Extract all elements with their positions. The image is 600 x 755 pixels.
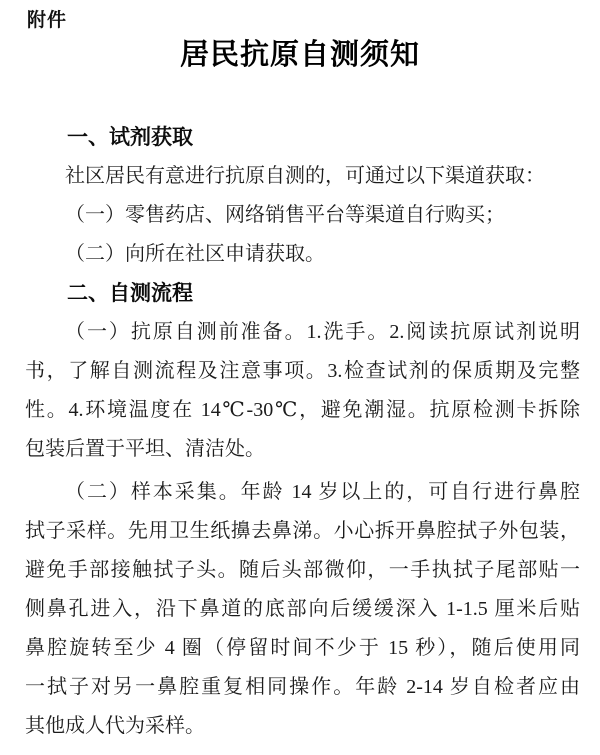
doc-line: 书，了解自测流程及注意事项。3.检查试剂的保质期及完整: [25, 352, 580, 391]
doc-line: 避免手部接触拭子头。随后头部微仰，一手执拭子尾部贴一: [25, 551, 580, 590]
document-title: 居民抗原自测须知: [0, 32, 600, 73]
doc-line: （一）抗原自测前准备。1.洗手。2.阅读抗原试剂说明: [25, 313, 580, 352]
doc-line: 拭子采样。先用卫生纸擤去鼻涕。小心拆开鼻腔拭子外包装，: [25, 512, 580, 551]
doc-line: （二）样本采集。年龄 14 岁以上的，可自行进行鼻腔: [25, 473, 580, 512]
doc-line: 侧鼻孔进入，沿下鼻道的底部向后缓缓深入 1-1.5 厘米后贴: [25, 590, 580, 629]
doc-line: 其他成人代为采样。: [25, 707, 580, 746]
doc-line: （一）零售药店、网络销售平台等渠道自行购买；: [25, 196, 580, 235]
doc-line: 性。4.环境温度在 14℃-30℃，避免潮湿。抗原检测卡拆除: [25, 391, 580, 430]
document-body: 一、试剂获取 社区居民有意进行抗原自测的，可通过以下渠道获取： （一）零售药店、…: [25, 118, 580, 746]
attachment-label: 附件: [27, 5, 67, 32]
doc-line: 社区居民有意进行抗原自测的，可通过以下渠道获取：: [25, 157, 580, 196]
doc-line: 包装后置于平坦、清洁处。: [25, 430, 580, 469]
section-heading-reagent-acquisition: 一、试剂获取: [25, 118, 580, 157]
doc-line: 一拭子对另一鼻腔重复相同操作。年龄 2-14 岁自检者应由: [25, 668, 580, 707]
doc-line: （二）向所在社区申请获取。: [25, 235, 580, 274]
doc-line: 鼻腔旋转至少 4 圈（停留时间不少于 15 秒），随后使用同: [25, 629, 580, 668]
section-heading-self-test-process: 二、自测流程: [25, 274, 580, 313]
